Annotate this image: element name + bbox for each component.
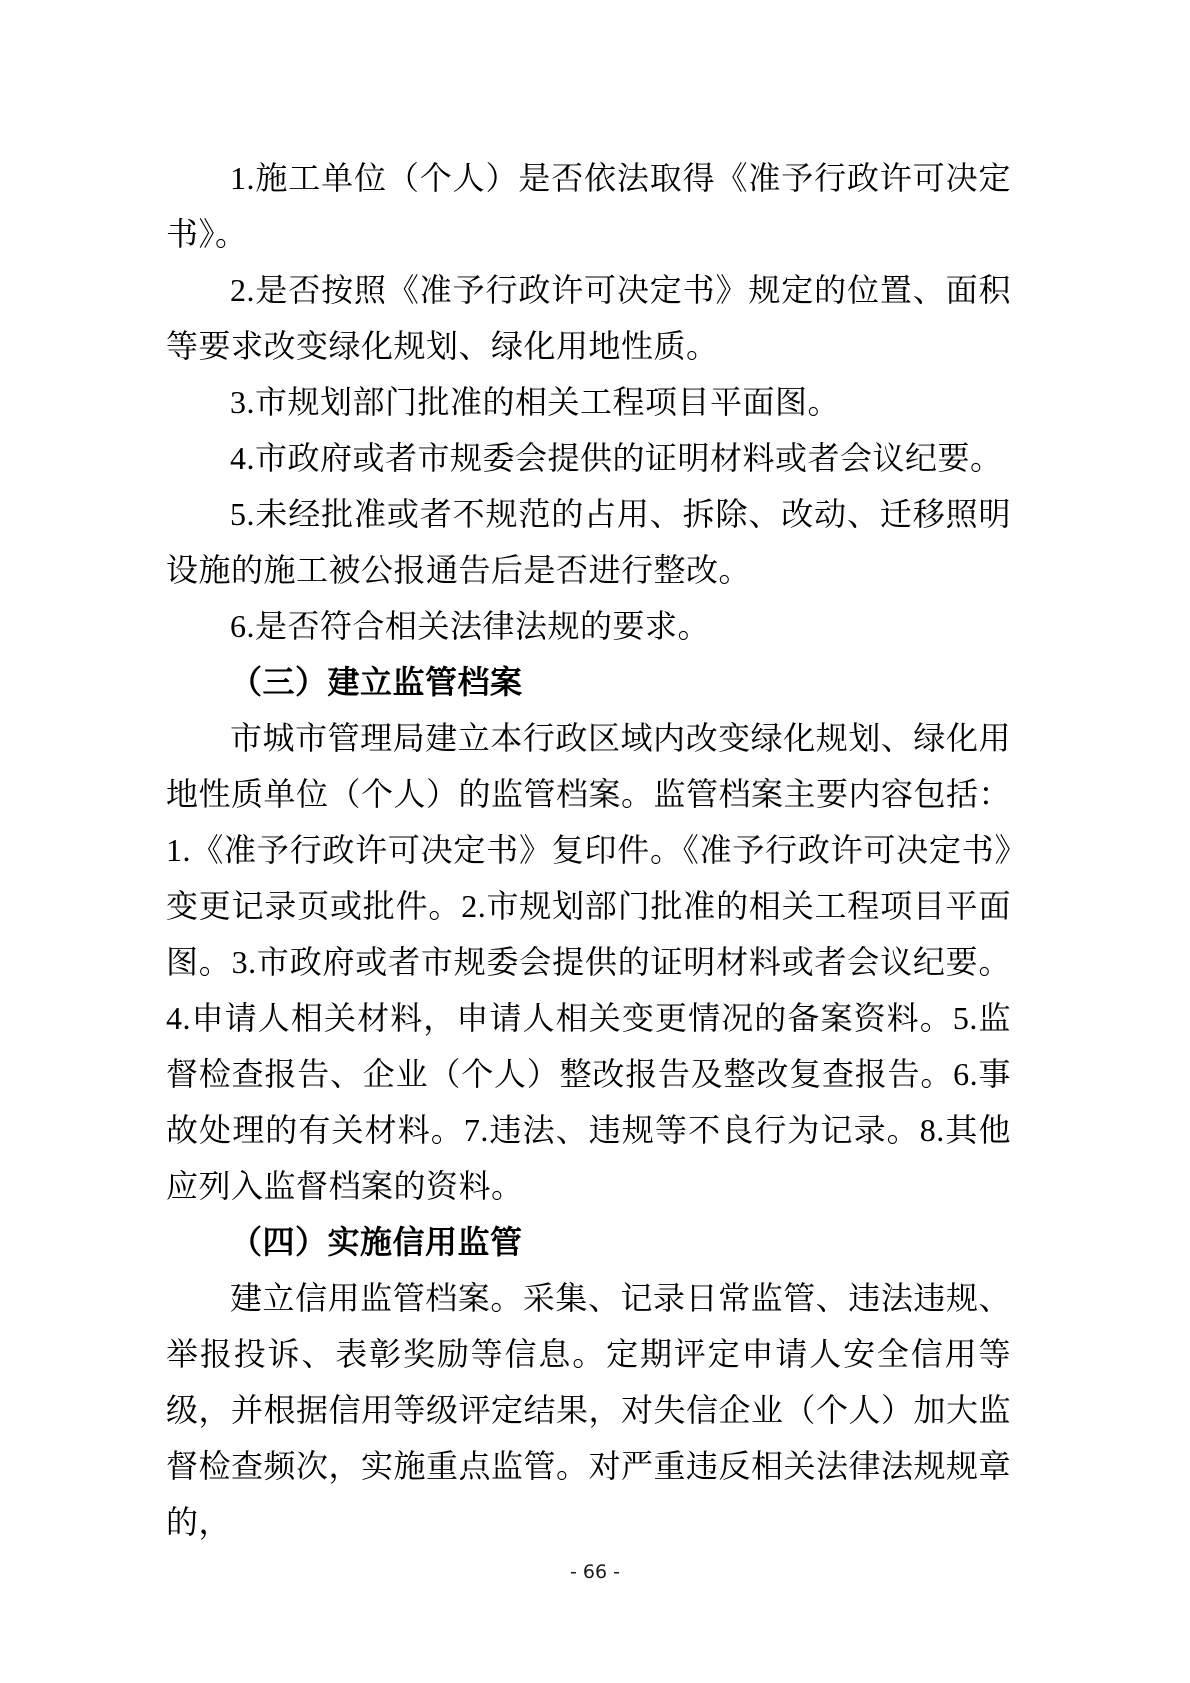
paragraph-supervision-archive: 市城市管理局建立本行政区域内改变绿化规划、绿化用地性质单位（个人）的监管档案。监… (166, 710, 1011, 1214)
document-body: 1.施工单位（个人）是否依法取得《准予行政许可决定书》。 2.是否按照《准予行政… (166, 150, 1011, 1550)
list-item-4: 4.市政府或者市规委会提供的证明材料或者会议纪要。 (166, 430, 1011, 486)
list-item-6: 6.是否符合相关法律法规的要求。 (166, 598, 1011, 654)
list-item-1: 1.施工单位（个人）是否依法取得《准予行政许可决定书》。 (166, 150, 1011, 262)
list-item-5: 5.未经批准或者不规范的占用、拆除、改动、迁移照明设施的施工被公报通告后是否进行… (166, 486, 1011, 598)
list-item-3: 3.市规划部门批准的相关工程项目平面图。 (166, 374, 1011, 430)
page-number: - 66 - (0, 1560, 1190, 1584)
section-heading-3: （三）建立监管档案 (166, 654, 1011, 710)
page-number-label: - 66 - (570, 1561, 620, 1583)
section-heading-4: （四）实施信用监管 (166, 1214, 1011, 1270)
list-item-2: 2.是否按照《准予行政许可决定书》规定的位置、面积等要求改变绿化规划、绿化用地性… (166, 262, 1011, 374)
document-page: 1.施工单位（个人）是否依法取得《准予行政许可决定书》。 2.是否按照《准予行政… (0, 0, 1190, 1683)
paragraph-credit-supervision: 建立信用监管档案。采集、记录日常监管、违法违规、举报投诉、表彰奖励等信息。定期评… (166, 1270, 1011, 1550)
